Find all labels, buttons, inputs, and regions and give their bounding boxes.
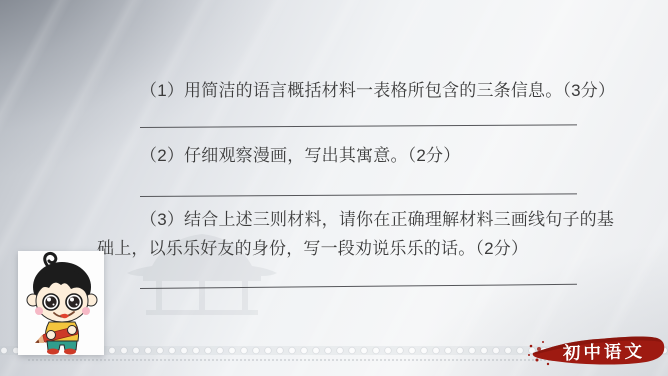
cartoon-boy-with-red-pencil-icon	[18, 251, 104, 355]
question-1-text: （1）用简洁的语言概括材料一表格所包含的三条信息。（3分）	[140, 80, 615, 102]
answer-blank-line-2	[140, 193, 577, 197]
bottom-dashed-line	[28, 359, 594, 361]
answer-blank-line-3	[140, 284, 577, 289]
question-2-text: （2）仔细观察漫画，写出其寓意。（2分）	[140, 145, 460, 167]
exam-questions-slide: （1）用简洁的语言概括材料一表格所包含的三条信息。（3分） （2）仔细观察漫画，…	[0, 0, 668, 376]
answer-blank-line-1	[140, 124, 577, 128]
brand-label: 初中语文	[563, 338, 646, 365]
question-3-text-line2: 础上，以乐乐好友的身份，写一段劝说乐乐的话。（2分）	[97, 238, 528, 260]
brand-badge: 初中语文	[526, 330, 668, 374]
mascot-card	[18, 251, 104, 355]
question-3-text-line1: （3）结合上述三则材料，请你在正确理解材料三画线句子的基	[140, 209, 614, 231]
pavilion-watermark-icon	[122, 218, 282, 323]
